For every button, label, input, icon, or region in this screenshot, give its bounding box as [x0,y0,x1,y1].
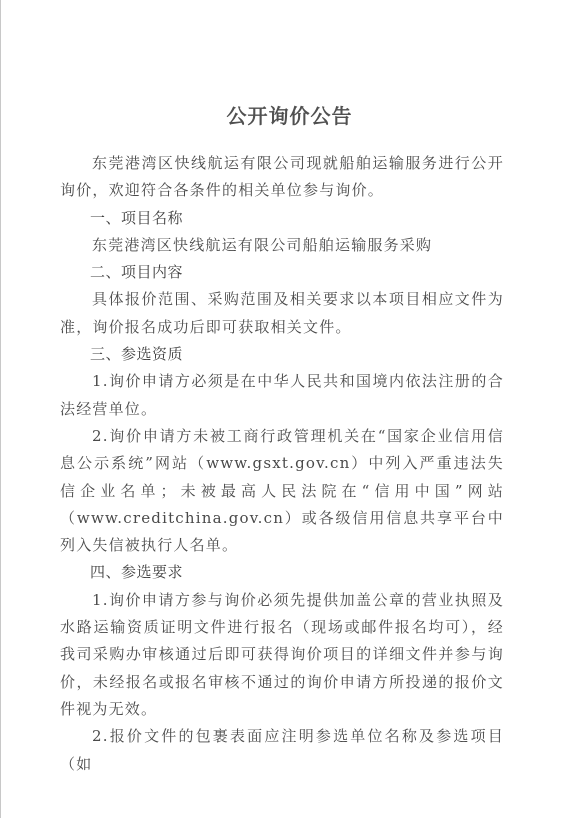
project-content-paragraph: 具体报价范围、采购范围及相关要求以本项目相应文件为准，询价报名成功后即可获取相关… [60,286,504,341]
section-heading-qualifications: 三、参选资质 [60,341,504,368]
intro-paragraph: 东莞港湾区快线航运有限公司现就船舶运输服务进行公开询价，欢迎符合各条件的相关单位… [60,150,504,205]
qualification-item-1: 1.询价申请方必须是在中华人民共和国境内依法注册的合法经营单位。 [60,368,504,423]
section-heading-project-content: 二、项目内容 [60,259,504,286]
qualification-item-2: 2.询价申请方未被工商行政管理机关在“国家企业信用信息公示系统”网站（www.g… [60,423,504,559]
project-name-paragraph: 东莞港湾区快线航运有限公司船舶运输服务采购 [60,232,504,259]
document-title: 公开询价公告 [0,100,579,129]
section-heading-project-name: 一、项目名称 [60,205,504,232]
requirement-item-2: 2.报价文件的包裹表面应注明参选单位名称及参选项目（如 [60,723,504,778]
document-page: 公开询价公告 东莞港湾区快线航运有限公司现就船舶运输服务进行公开询价，欢迎符合各… [0,0,579,818]
document-body: 东莞港湾区快线航运有限公司现就船舶运输服务进行公开询价，欢迎符合各条件的相关单位… [60,150,504,778]
section-heading-requirements: 四、参选要求 [60,559,504,586]
requirement-item-1: 1.询价申请方参与询价必须先提供加盖公章的营业执照及水路运输资质证明文件进行报名… [60,587,504,723]
